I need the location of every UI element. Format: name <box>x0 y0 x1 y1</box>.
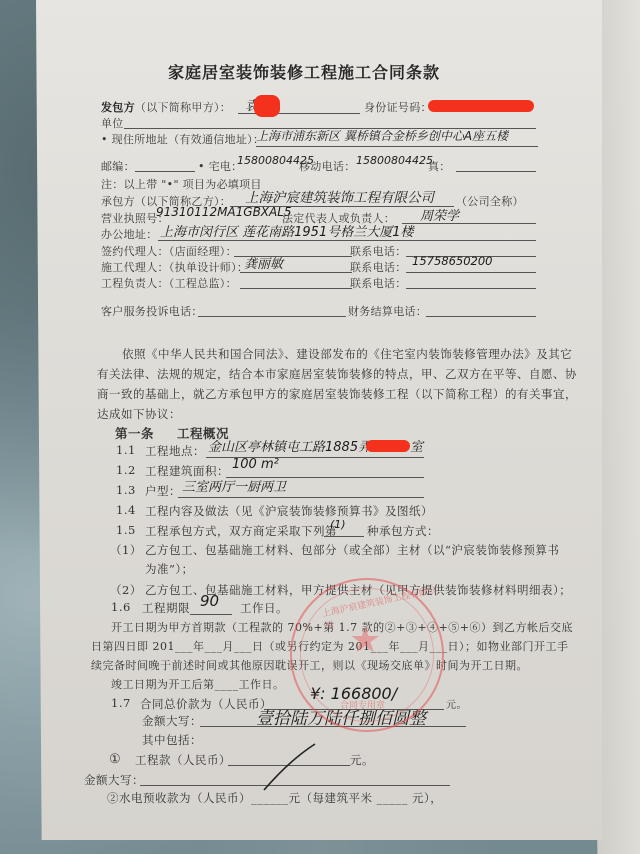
item-1-1-num: 1.1 <box>116 443 136 457</box>
designer-phone-handwritten: 15758650200 <box>412 254 492 268</box>
legal-rep-handwritten: 周荣学 <box>420 205 459 224</box>
price-unit: 元。 <box>446 696 467 711</box>
supervisor-phone-field[interactable] <box>406 288 536 289</box>
building-area-handwritten: 100 m² <box>232 457 279 472</box>
party-a-label-text: 发包方 <box>101 101 135 114</box>
contract-mode-field[interactable] <box>324 536 364 537</box>
layout-type-handwritten: 三室两厅一厨两卫 <box>182 476 286 495</box>
article-1-heading: 第一条 <box>115 424 154 442</box>
item-1-2-num: 1.2 <box>116 463 136 477</box>
sub-item-1-words-label: 金额大写： <box>84 772 144 788</box>
amount-words-field[interactable] <box>200 726 466 727</box>
item-1-5-label: 工程承包方式，双方商定采取下列第 <box>145 523 337 539</box>
preamble-line-3: 商一致的基础上，就乙方承包甲方的家庭居室装饰装修工程（以下简称工程）的有关事宜， <box>97 386 577 402</box>
document-title: 家庭居室装饰装修工程施工合同条款 <box>168 60 440 83</box>
preamble-line-2: 有关法律、法规的规定，结合本市家庭居室装饰装修的特点，甲、乙双方在平等、自愿、协 <box>97 366 577 382</box>
agent-phone-label: 联系电话： <box>350 243 407 259</box>
item-1-1-label: 工程地点： <box>145 443 205 459</box>
price-label: 合同总价款为（人民币） <box>140 696 272 712</box>
term-label: 工程期限 <box>142 600 190 616</box>
term-days-handwritten: 90 <box>200 592 219 610</box>
preamble-line-1: 依照《中华人民共和国合同法》、建设部发布的《住宅室内装饰装修管理办法》及其它 <box>122 346 572 362</box>
supervisor-phone-label: 联系电话： <box>350 275 407 291</box>
item-1-3-num: 1.3 <box>116 483 136 497</box>
address-field[interactable] <box>256 146 538 147</box>
option-1-line-1: 乙方包工、包基础施工材料、包部分（或全部）主材（以“沪宸装饰装修预算书 <box>145 542 559 558</box>
item-1-4-label: 工程内容及做法（见《沪宸装饰装修预算书》及图纸） <box>145 503 433 519</box>
designer-handwritten: 龚丽敏 <box>244 253 283 272</box>
term-days-field[interactable] <box>190 614 232 615</box>
sub-item-1-num: ① <box>109 752 121 767</box>
redaction-mark-name <box>254 95 280 117</box>
sub-item-1-unit: 元。 <box>350 752 374 768</box>
item-1-5-suffix: 种承包方式： <box>367 523 439 539</box>
room-suffix-handwritten: 室 <box>410 436 423 455</box>
complaint-phone-field[interactable] <box>198 316 346 317</box>
required-note: 注：以上带 "•" 项目为必填项目 <box>101 176 262 192</box>
redaction-mark-room <box>366 440 410 452</box>
item-1-4-num: 1.4 <box>116 503 136 517</box>
office-label: 办公地址： <box>101 226 158 242</box>
mobile-handwritten: 15800804425 <box>356 154 433 167</box>
term-suffix: 工作日。 <box>240 600 288 616</box>
designer-label: 施工代理人：（执单设计师）： <box>101 259 248 275</box>
contract-content: 家庭居室装饰装修工程施工合同条款 发包方（以下简称甲方）： 袁 身份证号码： 单… <box>0 0 640 854</box>
sub-item-1-label: 工程款（人民币） <box>135 752 231 768</box>
contract-mode-handwritten: (1) <box>330 518 346 531</box>
mobile-label: 移动电话： <box>299 158 356 174</box>
home-phone-label: • 宅电： <box>198 158 243 174</box>
office-handwritten: 上海市闵行区 莲花南路1951号格兰大厦1楼 <box>160 221 414 240</box>
strike-through-mark <box>260 742 320 794</box>
party-b-name-handwritten: 上海沪宸建筑装饰工程有限公司 <box>245 186 434 206</box>
option-2-num: （2） <box>110 582 142 598</box>
agent-label: 签约代理人：（店面经理）： <box>101 243 237 259</box>
company-seal: ★ 上海沪宸建筑装饰工程有限公司 合同专用章 <box>290 578 444 732</box>
fax-label: 真： <box>428 158 451 174</box>
amount-words-label: 金额大写： <box>142 713 202 729</box>
item-1-7-num: 1.7 <box>111 696 131 710</box>
license-handwritten: 91310112MA1GBXAL5 <box>156 205 292 219</box>
legal-rep-field[interactable] <box>402 223 536 224</box>
project-location-handwritten: 金山区亭林镇屯工路1885弄 <box>208 436 371 455</box>
id-number-label: 身份证号码： <box>364 99 432 115</box>
designer-field[interactable] <box>240 272 352 273</box>
layout-type-field[interactable] <box>178 497 424 498</box>
designer-phone-field[interactable] <box>406 272 536 273</box>
completion-date: 竣工日期为开工后第____工作日。 <box>111 676 285 692</box>
postcode-label: 邮编： <box>101 158 135 174</box>
party-a-label: 发包方（以下简称甲方）： <box>101 99 231 115</box>
address-label: • 现住所地址（有效通信地址）： <box>101 131 264 147</box>
office-field[interactable] <box>158 240 536 241</box>
seal-text-bottom: 合同专用章 <box>340 698 385 711</box>
postcode-field[interactable] <box>135 171 195 172</box>
item-1-5-num: 1.5 <box>116 523 136 537</box>
supervisor-field[interactable] <box>240 288 352 289</box>
preamble-line-4: 达成如下协议： <box>97 406 181 422</box>
finance-phone-label: 财务结算电话： <box>348 303 427 319</box>
designer-phone-label: 联系电话： <box>350 259 407 275</box>
party-b-name-suffix: （公司全称） <box>456 193 524 209</box>
water-electric-prepay: ②水电预收款为（人民币）______元（每建筑平米 _____ 元）， <box>107 790 442 806</box>
item-1-3-label: 户型： <box>145 483 181 499</box>
option-1-line-2: 为准”）； <box>145 561 194 577</box>
fax-field[interactable] <box>456 171 536 172</box>
redaction-mark-id <box>428 100 534 112</box>
address-handwritten: 上海市浦东新区 翼桥镇合金桥乡创中心A座五楼 <box>256 127 508 144</box>
supervisor-label: 工程负责人：（工程总监）： <box>101 275 237 291</box>
item-1-6-num: 1.6 <box>111 600 131 614</box>
unit-label: 单位 <box>101 115 124 131</box>
complaint-phone-label: 客户服务投诉电话： <box>101 303 203 319</box>
party-a-label-suffix: （以下简称甲方）： <box>135 101 231 114</box>
includes-label: 其中包括： <box>142 732 202 748</box>
finance-phone-field[interactable] <box>426 316 536 317</box>
option-1-num: （1） <box>110 542 142 558</box>
